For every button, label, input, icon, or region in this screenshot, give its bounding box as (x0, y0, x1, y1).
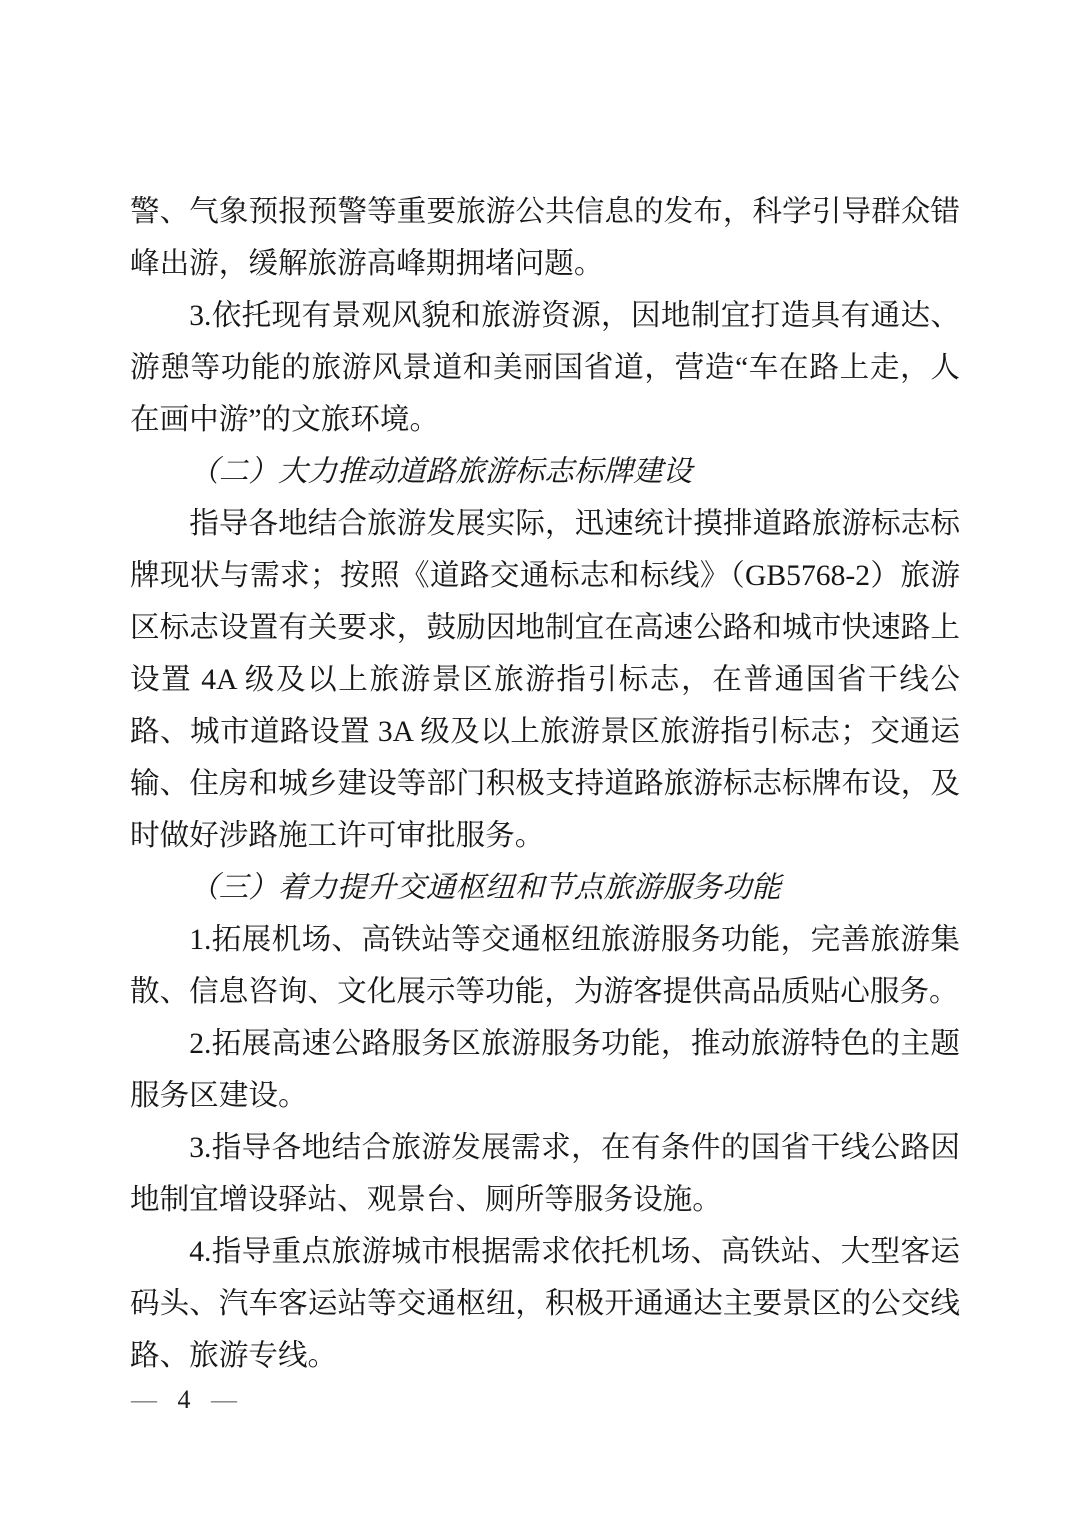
heading-section-2-road-signage: （二）大力推动道路旅游标志标牌建设 (130, 446, 960, 498)
paragraph-roadside-facilities: 3.指导各地结合旅游发展需求，在有条件的国省干线公路因地制宜增设驿站、观景台、厕… (130, 1122, 960, 1226)
paragraph-bus-lines: 4.指导重点旅游城市根据需求依托机场、高铁站、大型客运码头、汽车客运站等交通枢纽… (130, 1226, 960, 1382)
paragraph-road-signage-details: 指导各地结合旅游发展实际，迅速统计摸排道路旅游标志标牌现状与需求；按照《道路交通… (130, 498, 960, 862)
paragraph-scenic-roads: 3.依托现有景观风貌和旅游资源，因地制宜打造具有通达、游憩等功能的旅游风景道和美… (130, 290, 960, 446)
document-body: 警、气象预报预警等重要旅游公共信息的发布，科学引导群众错峰出游，缓解旅游高峰期拥… (130, 186, 960, 1382)
footer-dash-left: — (131, 1385, 157, 1414)
paragraph-info-release-continued: 警、气象预报预警等重要旅游公共信息的发布，科学引导群众错峰出游，缓解旅游高峰期拥… (130, 186, 960, 290)
document-page: { "content": { "paragraphs": [ { "text":… (0, 0, 1074, 1520)
paragraph-service-areas: 2.拓展高速公路服务区旅游服务功能，推动旅游特色的主题服务区建设。 (130, 1018, 960, 1122)
page-number: 4 (178, 1384, 191, 1416)
footer-dash-right: — (211, 1385, 237, 1414)
page-footer: — 4 — (131, 1384, 237, 1416)
heading-section-3-hub-services: （三）着力提升交通枢纽和节点旅游服务功能 (130, 862, 960, 914)
paragraph-transport-hubs: 1.拓展机场、高铁站等交通枢纽旅游服务功能，完善旅游集散、信息咨询、文化展示等功… (130, 914, 960, 1018)
